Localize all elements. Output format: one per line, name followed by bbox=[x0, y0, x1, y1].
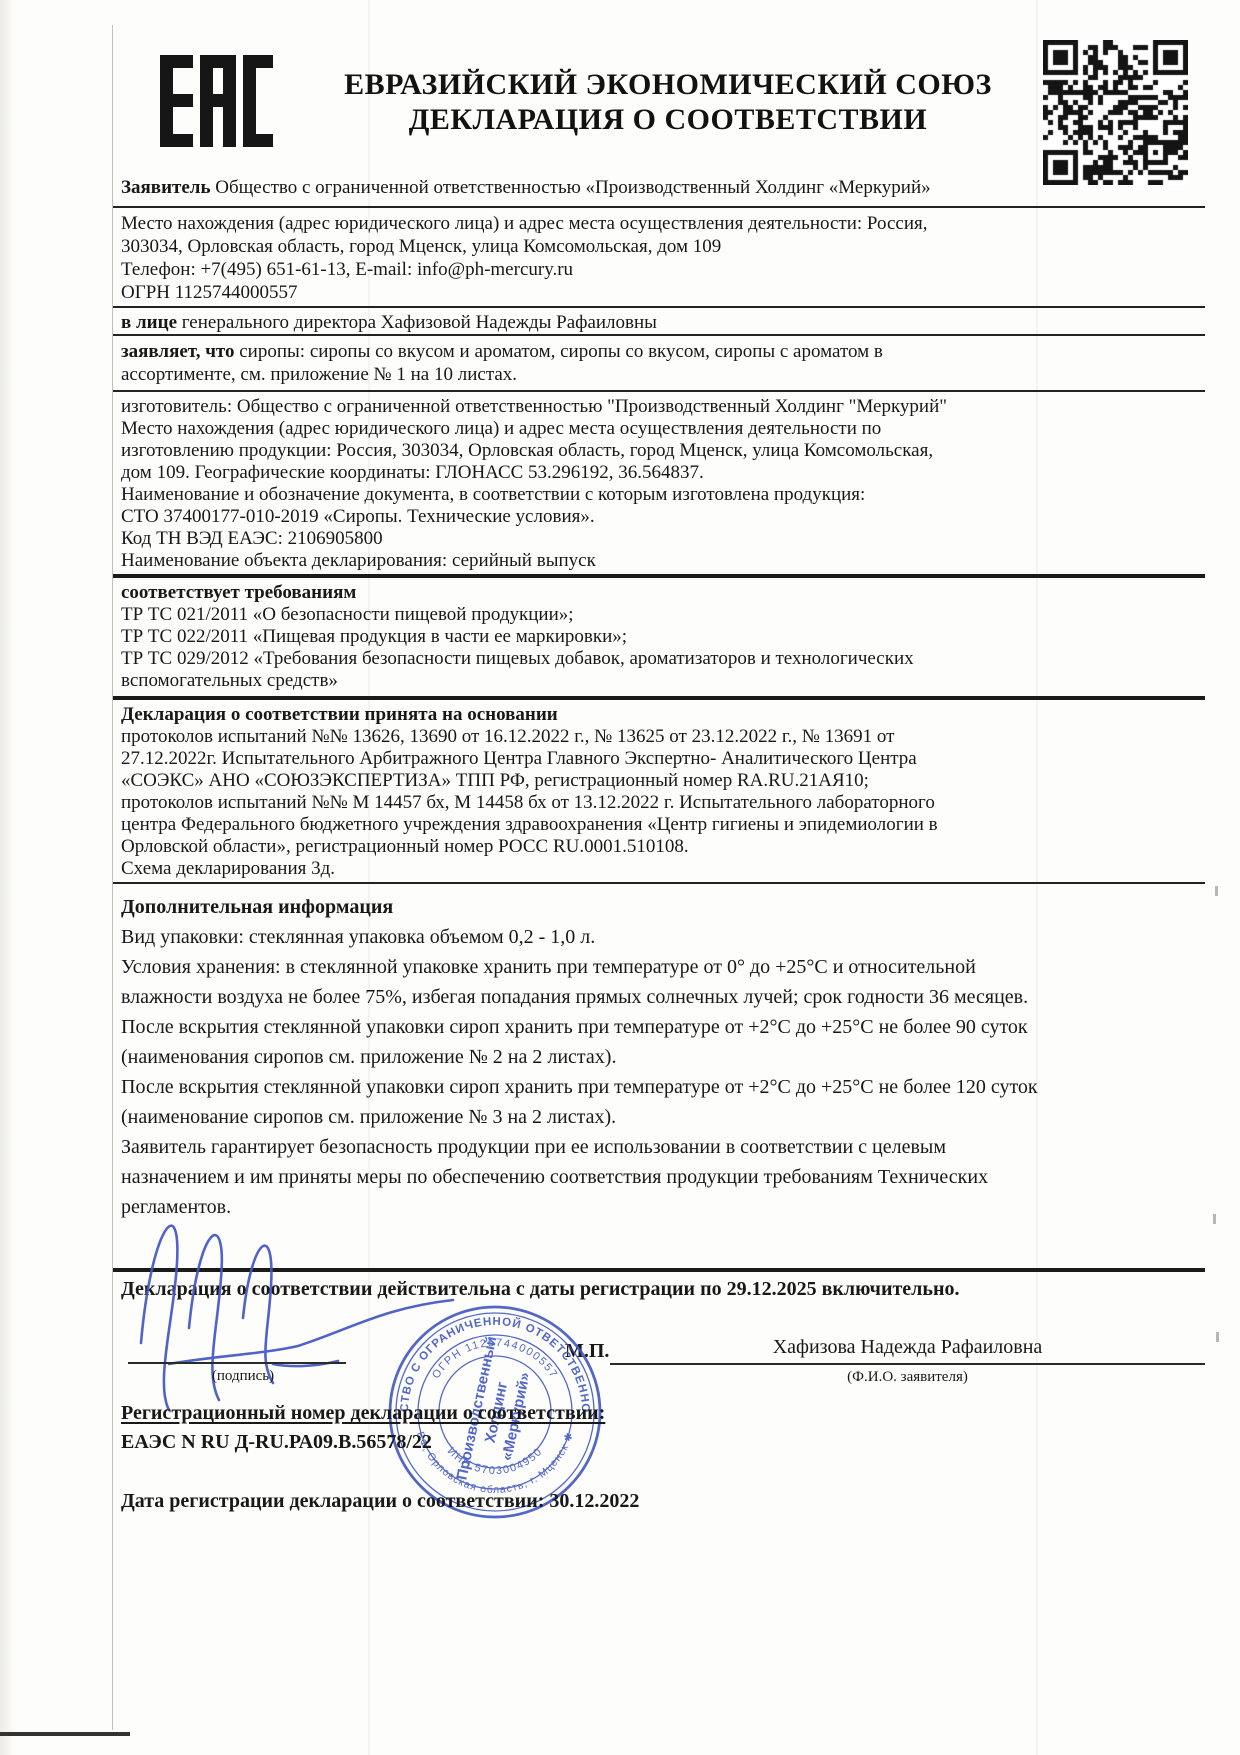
applicant-text: Общество с ограниченной ответственностью… bbox=[215, 177, 930, 198]
separator-line bbox=[113, 390, 1205, 392]
additional-info-label: Дополнительная информация bbox=[121, 892, 1205, 922]
signature-line bbox=[128, 1362, 346, 1364]
applicant-fio: Хафизова Надежда Рафаиловна bbox=[610, 1336, 1205, 1359]
scan-speck bbox=[1213, 1214, 1216, 1224]
separator-line bbox=[113, 206, 1205, 208]
basis-label: Декларация о соответствии принята на осн… bbox=[121, 704, 1205, 726]
scan-edge-shade bbox=[0, 0, 15, 1755]
scan-speck bbox=[1215, 886, 1218, 896]
separator-line bbox=[113, 334, 1205, 336]
address-text: Место нахождения (адрес юридического лиц… bbox=[121, 213, 927, 303]
complies-text: ТР ТС 021/2011 «О безопасности пищевой п… bbox=[121, 604, 914, 691]
signature-caption: (подпись) bbox=[168, 1368, 318, 1385]
manufacturer-row: изготовитель: Общество с ограниченной от… bbox=[113, 396, 1205, 572]
in-person-row: в лице генерального директора Хафизовой … bbox=[113, 311, 1205, 334]
separator-line bbox=[113, 306, 1205, 308]
basis-text: протоколов испытаний №№ 13626, 13690 от … bbox=[121, 726, 938, 879]
basis-row: Декларация о соответствии принята на осн… bbox=[113, 704, 1205, 880]
complies-label: соответствует требованиям bbox=[121, 582, 1205, 604]
declaration-document-page: ЕВРАЗИЙСКИЙ ЭКОНОМИЧЕСКИЙ СОЮЗ ДЕКЛАРАЦИ… bbox=[0, 0, 1240, 1755]
manufacturer-text: изготовитель: Общество с ограниченной от… bbox=[121, 396, 947, 571]
in-person-text: генерального директора Хафизовой Надежды… bbox=[182, 312, 657, 333]
scan-corner-mark bbox=[0, 1732, 130, 1736]
document-body: Заявитель Общество с ограниченной ответс… bbox=[113, 0, 1205, 1755]
separator-line-thick bbox=[113, 696, 1205, 700]
address-row: Место нахождения (адрес юридического лиц… bbox=[113, 212, 1205, 304]
separator-line bbox=[113, 882, 1205, 884]
fio-line bbox=[610, 1363, 1205, 1365]
declares-text: сиропы: сиропы со вкусом и ароматом, сир… bbox=[121, 341, 883, 385]
in-person-label: в лице bbox=[121, 312, 177, 333]
fio-caption: (Ф.И.О. заявителя) bbox=[610, 1369, 1205, 1386]
declares-row: заявляет, что сиропы: сиропы со вкусом и… bbox=[113, 340, 1205, 386]
registration-number-label: Регистрационный номер декларации о соотв… bbox=[121, 1402, 605, 1425]
scan-speck bbox=[1216, 1332, 1219, 1342]
registration-date-line: Дата регистрации декларации о соответств… bbox=[121, 1490, 639, 1513]
applicant-label: Заявитель bbox=[121, 177, 211, 198]
declares-label: заявляет, что bbox=[121, 341, 235, 362]
applicant-row: Заявитель Общество с ограниченной ответс… bbox=[113, 176, 1205, 199]
complies-row: соответствует требованиямТР ТС 021/2011 … bbox=[113, 582, 1205, 692]
registration-number-value: ЕАЭС N RU Д-RU.РА09.В.56578/22 bbox=[121, 1431, 432, 1454]
separator-line-thick bbox=[113, 574, 1205, 578]
